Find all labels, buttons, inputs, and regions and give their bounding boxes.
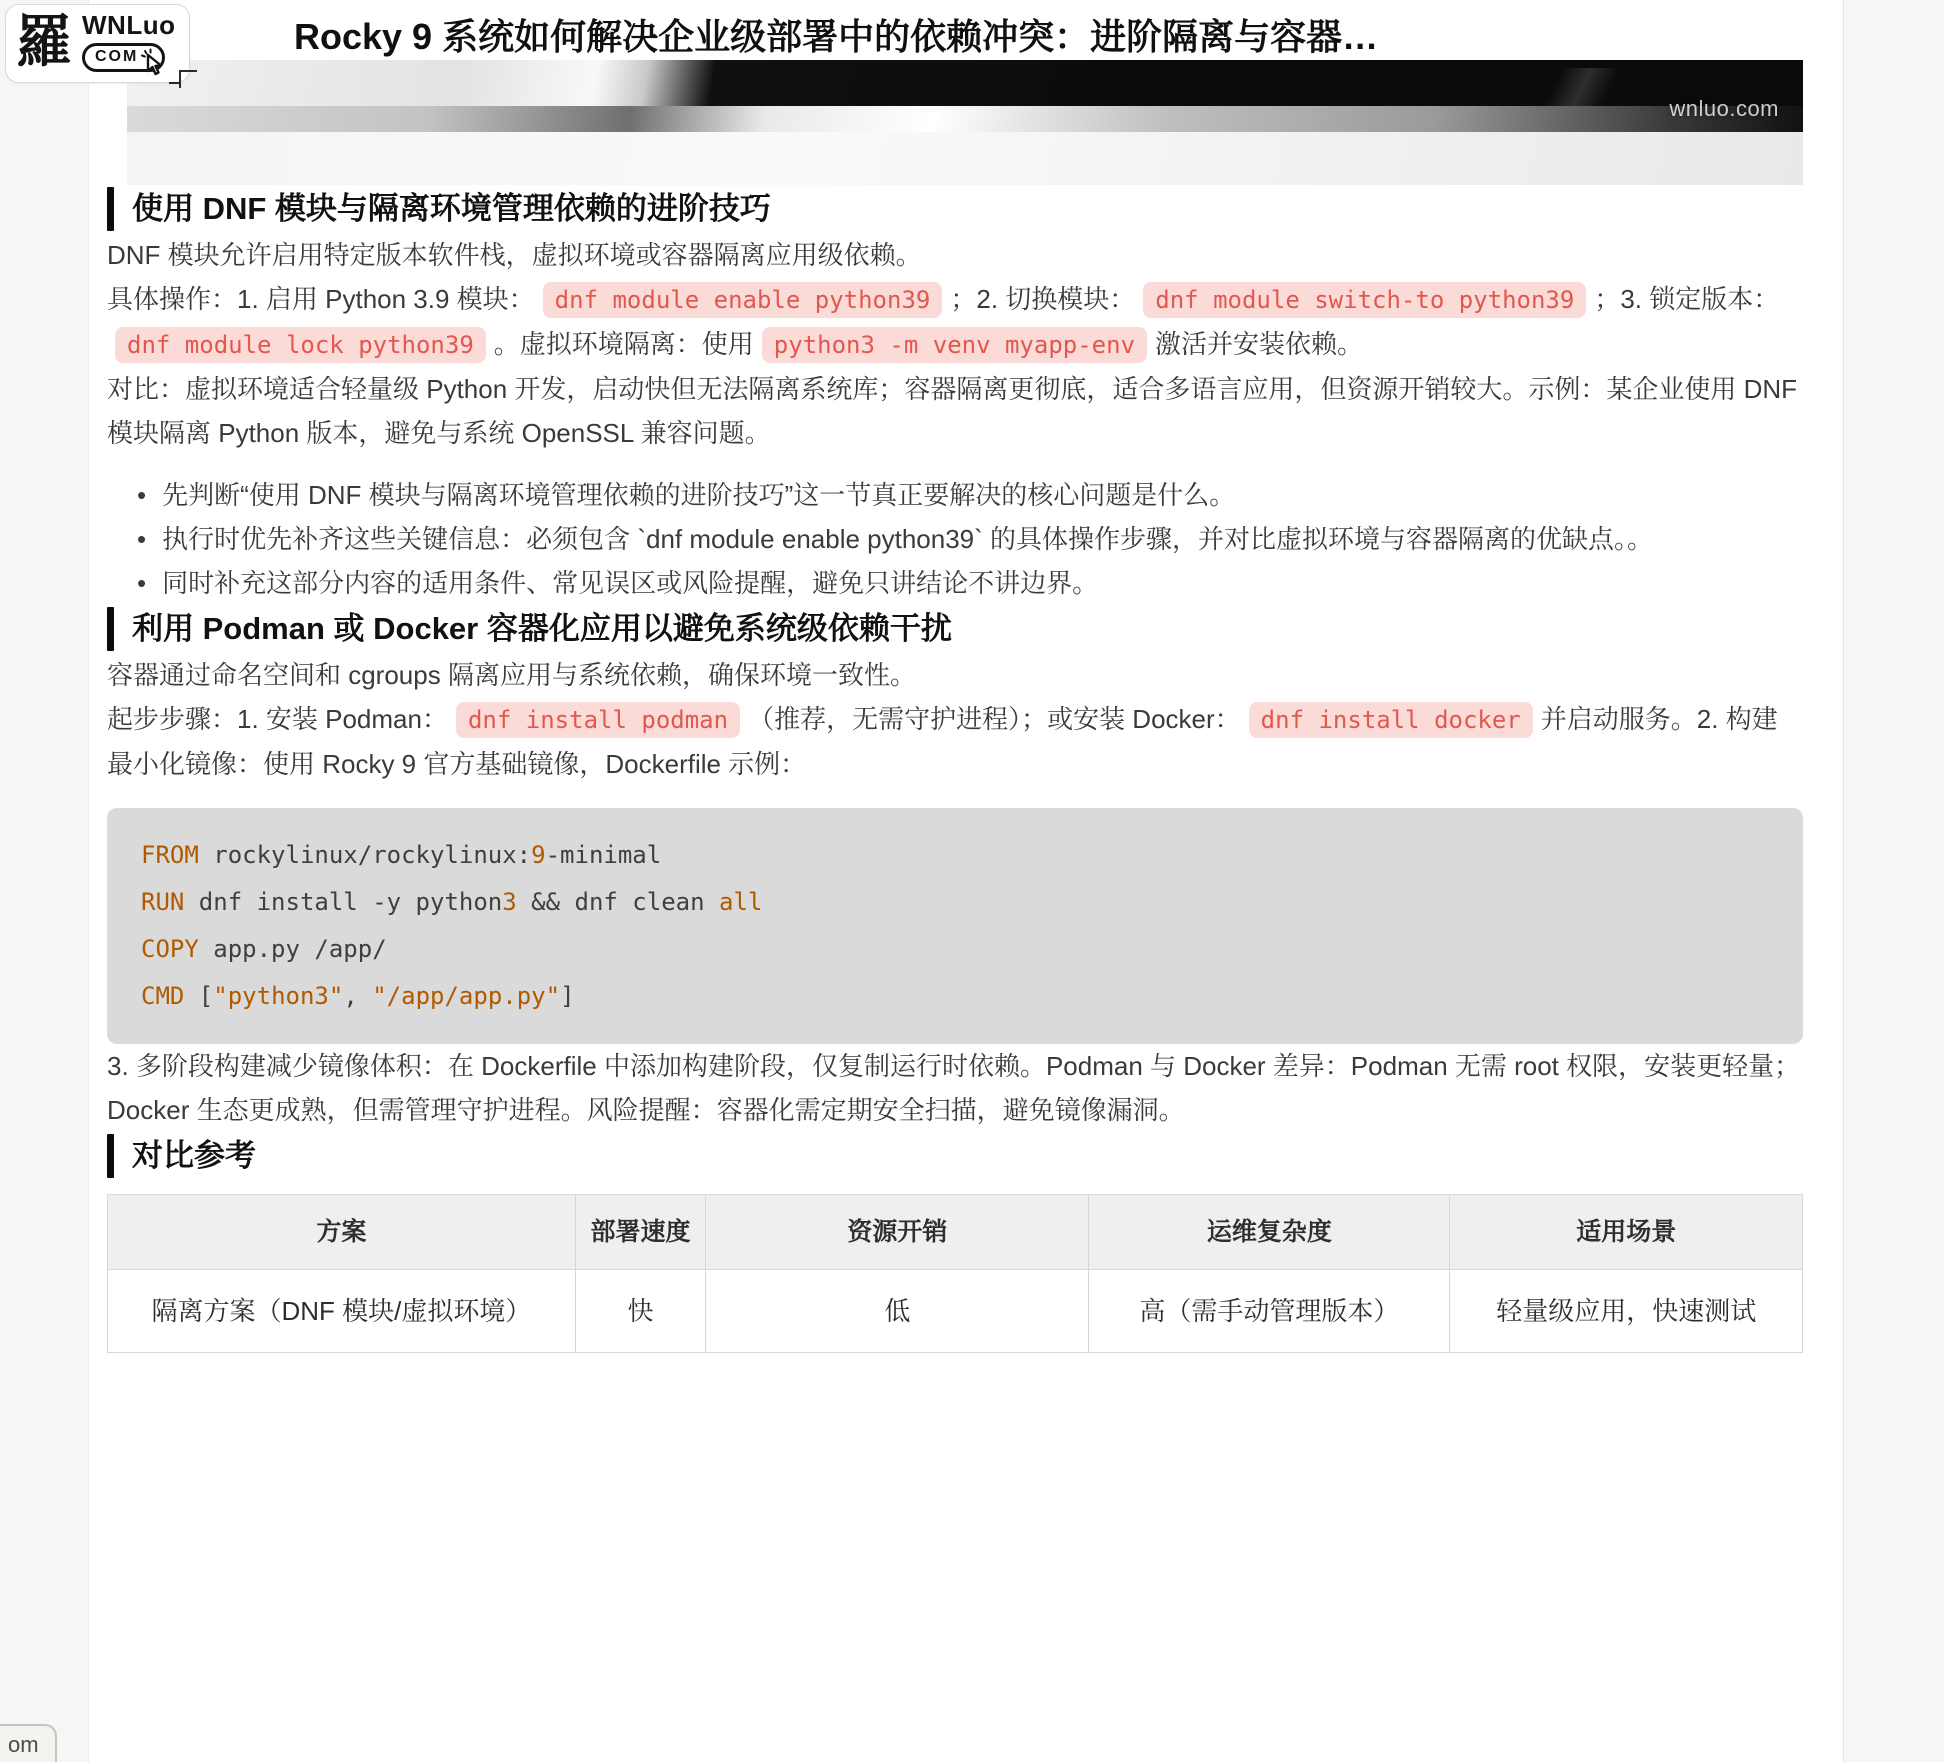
seal-character-logo: 羅 bbox=[16, 12, 72, 72]
heading-bar-icon bbox=[107, 187, 114, 231]
hero-image: wnluo.com bbox=[127, 60, 1803, 185]
heading-bar-icon bbox=[107, 1134, 114, 1178]
code-line: RUN dnf install -y python3 && dnf clean … bbox=[141, 879, 1769, 926]
bullet-item: •同时补充这部分内容的适用条件、常见误区或风险提醒，避免只讲结论不讲边界。 bbox=[107, 561, 1803, 605]
table-header-cell: 方案 bbox=[108, 1195, 576, 1270]
cursor-icon bbox=[138, 47, 168, 79]
code-line: FROM rockylinux/rockylinux:9-minimal bbox=[141, 832, 1769, 879]
article-card: Rocky 9 系统如何解决企业级部署中的依赖冲突：进阶隔离与容器… wnluo… bbox=[88, 0, 1844, 1762]
code-line: CMD ["python3", "/app/app.py"] bbox=[141, 973, 1769, 1020]
com-badge-text: COM bbox=[95, 48, 138, 65]
comparison-table: 方案部署速度资源开销运维复杂度适用场景隔离方案（DNF 模块/虚拟环境）快低高（… bbox=[107, 1194, 1803, 1353]
section-heading-comparison: 对比参考 bbox=[107, 1132, 1803, 1180]
com-badge: COM bbox=[82, 43, 165, 72]
table-header-cell: 资源开销 bbox=[706, 1195, 1089, 1270]
status-url-text: om bbox=[8, 1732, 39, 1757]
bullet-dot-icon: • bbox=[137, 473, 146, 517]
code-line: COPY app.py /app/ bbox=[141, 926, 1769, 973]
section-heading-containers: 利用 Podman 或 Docker 容器化应用以避免系统级依赖干扰 bbox=[107, 605, 1803, 653]
bullet-dot-icon: • bbox=[137, 517, 146, 561]
section-heading-text: 对比参考 bbox=[132, 1132, 256, 1180]
table-cell: 高（需手动管理版本） bbox=[1089, 1270, 1450, 1353]
inline-code: dnf install podman bbox=[456, 702, 740, 738]
article-content: 使用 DNF 模块与隔离环境管理依赖的进阶技巧 DNF 模块允许启用特定版本软件… bbox=[89, 185, 1843, 1353]
hero-watermark: wnluo.com bbox=[1669, 96, 1779, 122]
brand-name: WNLuo bbox=[82, 11, 175, 39]
page-title: Rocky 9 系统如何解决企业级部署中的依赖冲突：进阶隔离与容器… bbox=[294, 14, 1554, 60]
dockerfile-code-block: FROM rockylinux/rockylinux:9-minimalRUN … bbox=[107, 808, 1803, 1044]
section-heading-text: 使用 DNF 模块与隔离环境管理依赖的进阶技巧 bbox=[132, 185, 771, 233]
table-cell: 隔离方案（DNF 模块/虚拟环境） bbox=[108, 1270, 576, 1353]
paragraph: DNF 模块允许启用特定版本软件栈，虚拟环境或容器隔离应用级依赖。 bbox=[107, 233, 1803, 277]
bullet-dot-icon: • bbox=[137, 561, 146, 605]
table-cell: 轻量级应用，快速测试 bbox=[1450, 1270, 1803, 1353]
browser-status-bubble: om bbox=[0, 1724, 57, 1762]
table-row: 隔离方案（DNF 模块/虚拟环境）快低高（需手动管理版本）轻量级应用，快速测试 bbox=[108, 1270, 1803, 1353]
paragraph-with-inline-code: 具体操作：1. 启用 Python 3.9 模块：dnf module enab… bbox=[107, 277, 1803, 367]
paragraph-with-inline-code: 起步步骤：1. 安装 Podman：dnf install podman（推荐，… bbox=[107, 697, 1803, 786]
table-cell: 快 bbox=[575, 1270, 706, 1353]
inline-code: dnf install docker bbox=[1249, 702, 1533, 738]
bullet-item: •执行时优先补齐这些关键信息：必须包含 `dnf module enable p… bbox=[107, 517, 1803, 561]
section-heading-text: 利用 Podman 或 Docker 容器化应用以避免系统级依赖干扰 bbox=[132, 605, 952, 653]
inline-code: python3 -m venv myapp-env bbox=[762, 327, 1147, 363]
bullet-item: •先判断“使用 DNF 模块与隔离环境管理依赖的进阶技巧”这一节真正要解决的核心… bbox=[107, 473, 1803, 517]
inline-code: dnf module enable python39 bbox=[543, 282, 943, 318]
bullet-list: •先判断“使用 DNF 模块与隔离环境管理依赖的进阶技巧”这一节真正要解决的核心… bbox=[107, 473, 1803, 605]
hero-photo-band bbox=[127, 106, 1803, 132]
table-header-cell: 适用场景 bbox=[1450, 1195, 1803, 1270]
paragraph: 对比：虚拟环境适合轻量级 Python 开发，启动快但无法隔离系统库；容器隔离更… bbox=[107, 367, 1803, 455]
hero-photo-bottom bbox=[127, 132, 1803, 185]
site-logo[interactable]: 羅 WNLuo COM bbox=[5, 4, 190, 83]
corner-bracket-decoration bbox=[179, 70, 197, 88]
table-header-cell: 运维复杂度 bbox=[1089, 1195, 1450, 1270]
table-cell: 低 bbox=[706, 1270, 1089, 1353]
paragraph: 容器通过命名空间和 cgroups 隔离应用与系统依赖，确保环境一致性。 bbox=[107, 653, 1803, 697]
inline-code: dnf module lock python39 bbox=[115, 327, 486, 363]
section-heading-dnf-modules: 使用 DNF 模块与隔离环境管理依赖的进阶技巧 bbox=[107, 185, 1803, 233]
inline-code: dnf module switch-to python39 bbox=[1143, 282, 1586, 318]
paragraph: 3. 多阶段构建减少镜像体积：在 Dockerfile 中添加构建阶段，仅复制运… bbox=[107, 1044, 1803, 1132]
table-header-cell: 部署速度 bbox=[575, 1195, 706, 1270]
heading-bar-icon bbox=[107, 607, 114, 651]
